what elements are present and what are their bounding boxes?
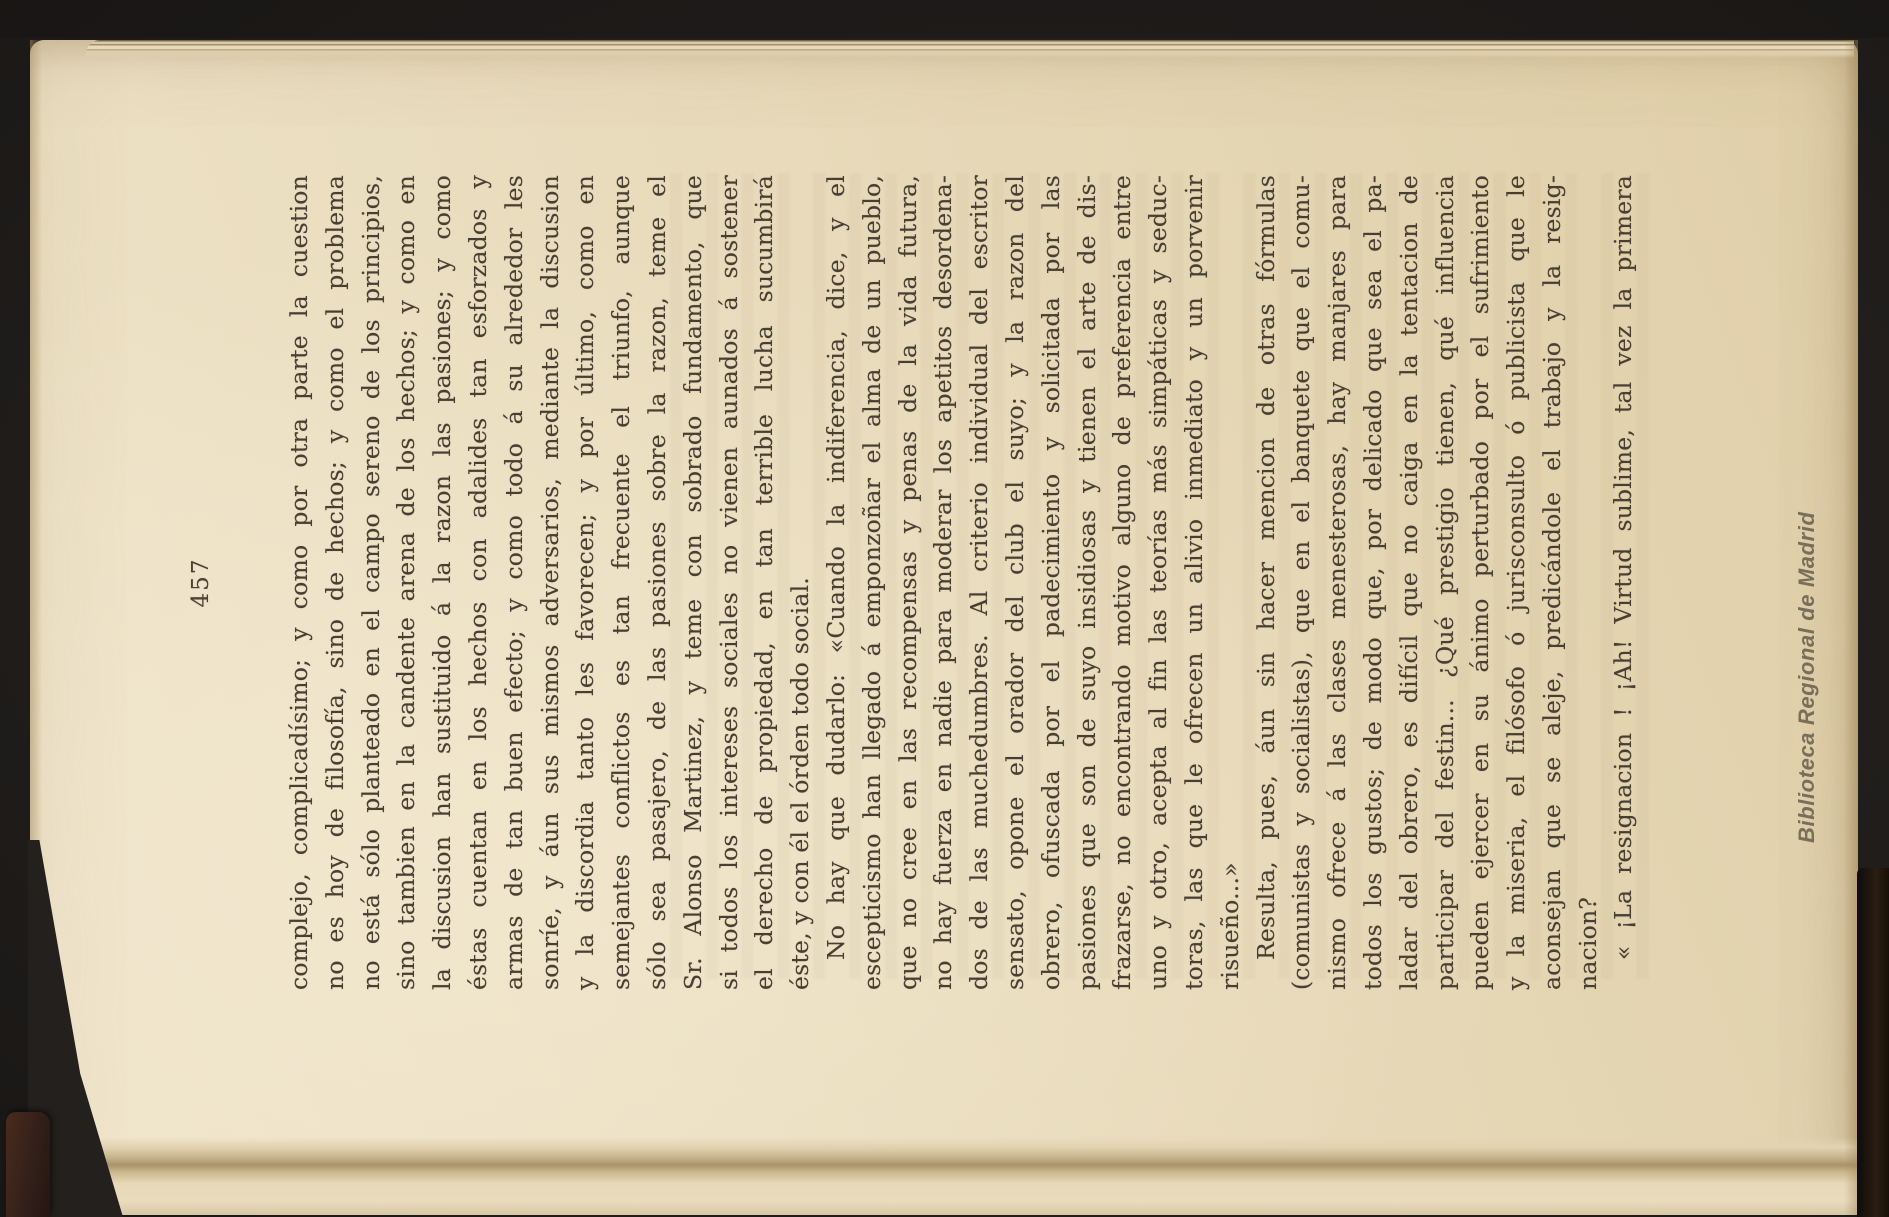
book-spine (6, 1112, 50, 1217)
page-fore-edge (86, 40, 1854, 58)
text-line: nismo ofrece á las clases menesterosas, … (1320, 175, 1356, 990)
text-line: dos de las muchedumbres. Al criterio ind… (962, 175, 998, 990)
book-gutter (30, 1137, 1858, 1215)
text-line: no hay fuerza en nadie para moderar los … (926, 175, 962, 990)
text-line: semejantes conflictos es tan frecuente e… (604, 175, 640, 990)
text-line: pasiones que son de suyo insidiosas y ti… (1070, 175, 1106, 990)
text-line: y la miseria, el filósofo ó jurisconsult… (1499, 175, 1535, 990)
text-line: Sr. Alonso Martinez, y teme con sobrado … (676, 175, 712, 990)
book-cover-edge (1857, 868, 1889, 1217)
text-line: « ¡La resignacion ! ¡Ah! Virtud sublime,… (1606, 175, 1642, 990)
text-line: que no cree en las recompensas y penas d… (891, 175, 927, 990)
text-line: armas de tan buen efecto; y como todo á … (497, 175, 533, 990)
text-line: y la discordia tanto les favorecen; y po… (568, 175, 604, 990)
text-line: ladar del obrero, es difícil que no caig… (1392, 175, 1428, 990)
text-line: nacion? (1571, 175, 1607, 990)
text-line: no es hoy de filosofía, sino de hechos; … (318, 175, 354, 990)
text-line: toras, las que le ofrecen un alivio inme… (1177, 175, 1213, 990)
text-line: el derecho de propiedad, en tan terrible… (747, 175, 783, 990)
text-line: todos los gustos; de modo que, por delic… (1356, 175, 1392, 990)
text-line: Resulta, pues, áun sin hacer mencion de … (1249, 175, 1285, 990)
text-line: (comunistas y socialistas), que en el ba… (1284, 175, 1320, 990)
text-line: aconsejan que se aleje, predicándole el … (1535, 175, 1571, 990)
text-line: frazarse, no encontrando motivo alguno d… (1105, 175, 1141, 990)
text-line: pueden ejercer en su ánimo perturbado po… (1463, 175, 1499, 990)
text-line: uno y otro, acepta al fin las teorías má… (1141, 175, 1177, 990)
background-shadow (0, 0, 1889, 38)
book-page: 457 complejo, complicadísimo; y como por… (30, 40, 1858, 1215)
library-watermark: Biblioteca Regional de Madrid (1794, 511, 1820, 843)
text-line: la discusion han sustituido á la razon l… (425, 175, 461, 990)
text-line: no está sólo planteado en el campo seren… (354, 175, 390, 990)
page-text: complejo, complicadísimo; y como por otr… (282, 175, 1642, 990)
page-tail-edge (1844, 40, 1858, 1215)
page-number: 457 (188, 175, 214, 990)
text-line: No hay que dudarlo: «Cuando la indiferen… (819, 175, 855, 990)
text-line: éste, y con él el órden todo social. (783, 175, 819, 990)
text-line: participar del festin... ¿Qué prestigio … (1428, 175, 1464, 990)
text-line: escepticismo han llegado á emponzoñar el… (855, 175, 891, 990)
text-line: sino tambien en la candente arena de los… (389, 175, 425, 990)
book-scan: 457 complejo, complicadísimo; y como por… (0, 0, 1889, 1217)
text-line: risueño...» (1213, 175, 1249, 990)
text-line: sonríe, y áun sus mismos adversarios, me… (533, 175, 569, 990)
text-line: complejo, complicadísimo; y como por otr… (282, 175, 318, 990)
text-line: sensato, opone el orador del club el suy… (998, 175, 1034, 990)
text-line: éstas cuentan en los hechos con adalides… (461, 175, 497, 990)
text-line: si todos los intereses sociales no viene… (712, 175, 748, 990)
text-line: obrero, ofuscada por el padecimiento y s… (1034, 175, 1070, 990)
text-line: sólo sea pasajero, de las pasiones sobre… (640, 175, 676, 990)
